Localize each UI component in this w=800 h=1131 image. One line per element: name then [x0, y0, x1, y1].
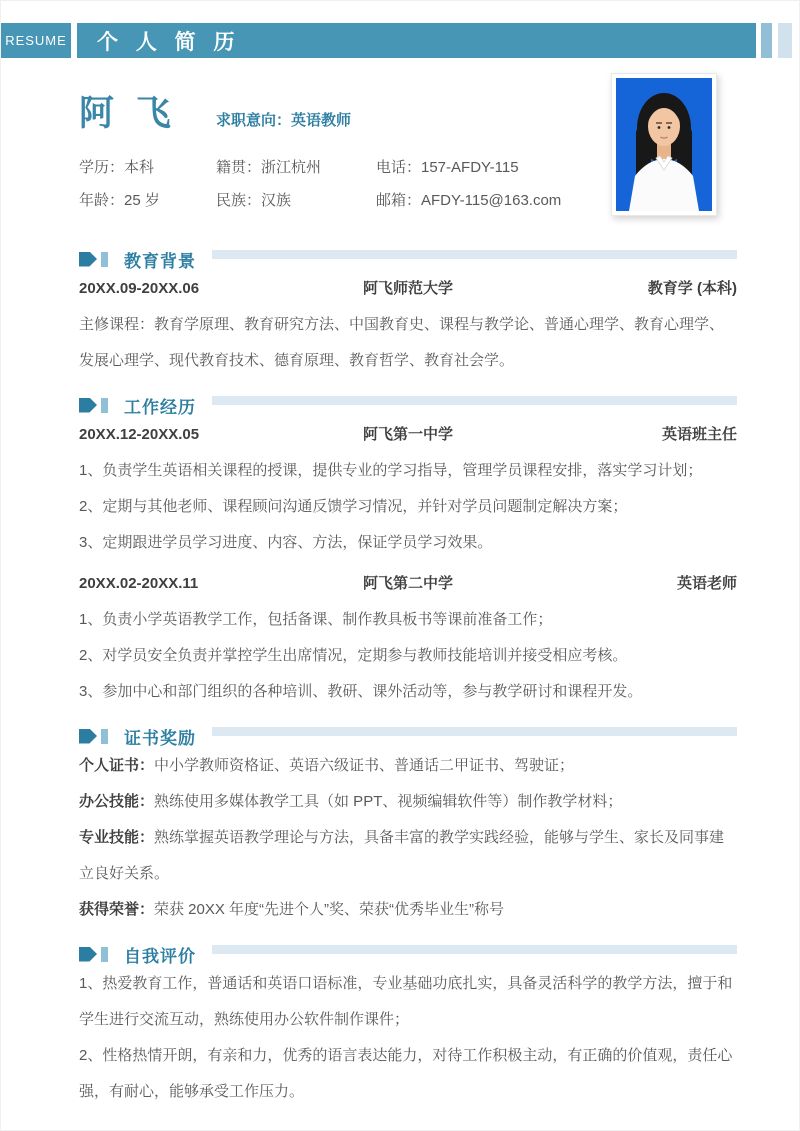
job-company: 阿飞第二中学	[290, 566, 527, 602]
section-header-line	[212, 396, 737, 405]
section-title: 工作经历	[124, 393, 196, 418]
candidate-name: 阿 飞	[79, 86, 216, 136]
section-header-line	[212, 945, 737, 954]
education-school: 阿飞师范大学	[290, 271, 527, 307]
section-bar-icon	[101, 947, 108, 962]
section-arrow-icon	[79, 398, 97, 413]
section-bar-icon	[101, 398, 108, 413]
job-position: 英语老师	[526, 566, 737, 602]
section-work: 工作经历 20XX.12-20XX.05 阿飞第一中学 英语班主任 1、负责学生…	[79, 393, 737, 710]
info-item-ethnicity: 民族：汉族	[216, 191, 376, 211]
job-duty: 3、参加中心和部门组织的各种培训、教研、课外活动等，参与教学研讨和课程开发。	[79, 674, 737, 710]
section-header-line	[212, 727, 737, 736]
info-item-age: 年龄：25 岁	[79, 191, 216, 211]
job-duty: 2、定期与其他老师、课程顾问沟通反馈学习情况，并针对学员问题制定解决方案；	[79, 489, 737, 525]
certificate-label: 个人证书：	[79, 757, 154, 774]
evaluation-item: 2、性格热情开朗，有亲和力，优秀的语言表达能力，对待工作积极主动，有正确的价值观…	[79, 1038, 737, 1110]
resume-tag: RESUME	[1, 23, 71, 58]
certificate-item: 个人证书：中小学教师资格证、英语六级证书、普通话二甲证书、驾驶证；	[79, 748, 737, 784]
section-arrow-icon	[79, 729, 97, 744]
certificates-header: 证书奖励	[79, 724, 737, 748]
education-courses: 主修课程：教育学原理、教育研究方法、中国教育史、课程与教学论、普通心理学、教育心…	[79, 307, 737, 379]
certificate-label: 获得荣誉：	[79, 901, 154, 918]
job-entry: 20XX.02-20XX.11 阿飞第二中学 英语老师	[79, 566, 737, 602]
person-photo-icon	[616, 78, 712, 211]
info-item-education: 学历：本科	[79, 158, 216, 178]
section-title: 自我评价	[124, 942, 196, 967]
job-duty: 2、对学员安全负责并掌控学生出席情况，定期参与教师技能培训并接受相应考核。	[79, 638, 737, 674]
resume-page: RESUME 个 人 简 历 阿 飞 求职意向：英语教师 学历：本科 籍贯：浙江…	[0, 0, 800, 1131]
certificate-label: 办公技能：	[79, 793, 154, 810]
page-title: 个 人 简 历	[77, 23, 756, 58]
evaluation-item: 1、热爱教育工作，普通话和英语口语标准，专业基础功底扎实，具备灵活科学的教学方法…	[79, 966, 737, 1038]
education-degree: 教育学 (本科)	[526, 271, 737, 307]
page-header: RESUME 个 人 简 历	[1, 23, 799, 58]
job-period: 20XX.12-20XX.05	[79, 417, 290, 453]
job-company: 阿飞第一中学	[290, 417, 527, 453]
section-education: 教育背景 20XX.09-20XX.06 阿飞师范大学 教育学 (本科) 主修课…	[79, 247, 737, 379]
evaluation-header: 自我评价	[79, 942, 737, 966]
work-header: 工作经历	[79, 393, 737, 417]
section-bar-icon	[101, 729, 108, 744]
certificate-text: 荣获 20XX 年度“先进个人”奖、荣获“优秀毕业生”称号	[154, 901, 504, 918]
job-objective: 求职意向：英语教师	[216, 109, 351, 130]
certificate-text: 熟练使用多媒体教学工具（如 PPT、视频编辑软件等）制作教学材料；	[154, 793, 622, 810]
section-certificates: 证书奖励 个人证书：中小学教师资格证、英语六级证书、普通话二甲证书、驾驶证； 办…	[79, 724, 737, 928]
job-duty: 1、负责学生英语相关课程的授课，提供专业的学习指导，管理学员课程安排，落实学习计…	[79, 453, 737, 489]
section-header-line	[212, 250, 737, 259]
id-photo	[611, 73, 717, 216]
certificate-label: 专业技能：	[79, 829, 154, 846]
education-entry: 20XX.09-20XX.06 阿飞师范大学 教育学 (本科)	[79, 271, 737, 307]
job-duty: 3、定期跟进学员学习进度、内容、方法，保证学员学习效果。	[79, 525, 737, 561]
certificate-text: 熟练掌握英语教学理论与方法，具备丰富的教学实践经验，能够与学生、家长及同事建立良…	[79, 829, 724, 882]
header-deco-block-2	[778, 23, 792, 58]
job-position: 英语班主任	[526, 417, 737, 453]
header-deco-block-1	[761, 23, 772, 58]
job-entry: 20XX.12-20XX.05 阿飞第一中学 英语班主任	[79, 417, 737, 453]
certificate-item: 专业技能：熟练掌握英语教学理论与方法，具备丰富的教学实践经验，能够与学生、家长及…	[79, 820, 737, 892]
profile-section: 阿 飞 求职意向：英语教师 学历：本科 籍贯：浙江杭州 电话：157-AFDY-…	[79, 86, 737, 211]
info-item-hometown: 籍贯：浙江杭州	[216, 158, 376, 178]
certificate-item: 获得荣誉：荣获 20XX 年度“先进个人”奖、荣获“优秀毕业生”称号	[79, 892, 737, 928]
certificate-item: 办公技能：熟练使用多媒体教学工具（如 PPT、视频编辑软件等）制作教学材料；	[79, 784, 737, 820]
section-arrow-icon	[79, 252, 97, 267]
job-period: 20XX.02-20XX.11	[79, 566, 290, 602]
section-arrow-icon	[79, 947, 97, 962]
certificate-text: 中小学教师资格证、英语六级证书、普通话二甲证书、驾驶证；	[154, 757, 574, 774]
section-evaluation: 自我评价 1、热爱教育工作，普通话和英语口语标准，专业基础功底扎实，具备灵活科学…	[79, 942, 737, 1110]
education-period: 20XX.09-20XX.06	[79, 271, 290, 307]
section-bar-icon	[101, 252, 108, 267]
content-area: 阿 飞 求职意向：英语教师 学历：本科 籍贯：浙江杭州 电话：157-AFDY-…	[1, 86, 799, 1110]
job-duty: 1、负责小学英语教学工作，包括备课、制作教具板书等课前准备工作；	[79, 602, 737, 638]
section-title: 教育背景	[124, 247, 196, 272]
education-header: 教育背景	[79, 247, 737, 271]
section-title: 证书奖励	[124, 724, 196, 749]
